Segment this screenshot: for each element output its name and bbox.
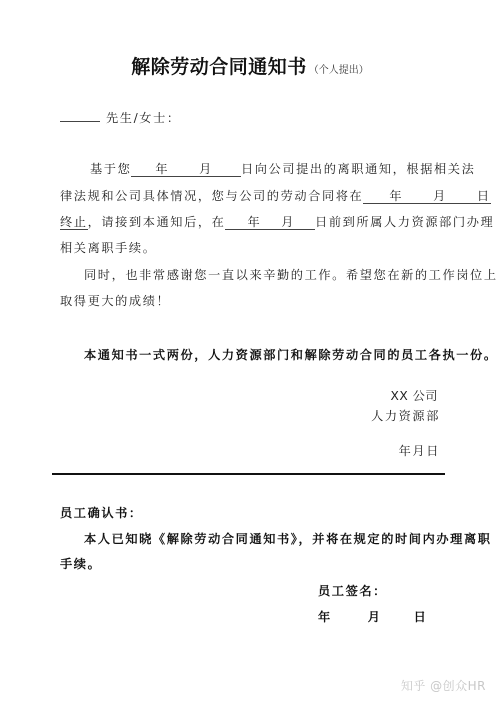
month-label: 月 — [368, 610, 382, 624]
section-divider — [52, 473, 445, 475]
para1-line1-pre: 基于您 — [90, 162, 131, 176]
notice-date: 年月日 — [399, 443, 440, 459]
department-name: 人力资源部 — [371, 408, 440, 424]
para1-line1: 基于您年月日向公司提出的离职通知，根据相关法 — [90, 161, 475, 177]
termination-word: 终止 — [60, 215, 88, 230]
document-title: 解除劳动合同通知书（个人提出） — [0, 52, 500, 79]
title-main: 解除劳动合同通知书 — [131, 56, 307, 78]
para1-line3-mid: ，请接到本通知后，在 — [88, 215, 226, 229]
month-label: 月 — [199, 162, 213, 176]
para1-line2: 律法规和公司具体情况，您与公司的劳动合同将在年月日 — [60, 188, 491, 204]
para1-line4: 相关离职手续。 — [60, 240, 157, 256]
para1-line3-post: 前到所属人力资源部门办理 — [329, 215, 494, 229]
day-label: 日 — [477, 189, 491, 203]
confirmation-line1: 本人已知晓《解除劳动合同通知书》，并将在规定的时间内办理离职 — [84, 531, 492, 547]
year-label: 年 — [247, 215, 261, 229]
para1-line1-post: 向公司提出的离职通知，根据相关法 — [255, 162, 476, 176]
company-name: XX 公司 — [391, 388, 438, 404]
para2-line1: 同时，也非常感谢您一直以来辛勤的工作。希望您在新的工作岗位上 — [84, 267, 498, 283]
month-label: 月 — [281, 215, 295, 229]
day-label: 日 — [241, 162, 255, 176]
confirmation-heading: 员工确认书： — [60, 505, 143, 521]
copies-note: 本通知书一式两份，人力资源部门和解除劳动合同的员工各执一份。 — [84, 347, 498, 363]
title-suffix: （个人提出） — [309, 65, 369, 76]
resignation-date-blank[interactable]: 年月 — [131, 162, 241, 177]
year-label: 年 — [318, 610, 332, 624]
salutation-text: 先生/女士： — [106, 111, 181, 125]
termination-date-blank[interactable]: 年月日 — [363, 189, 490, 204]
handover-date-blank[interactable]: 年月 — [225, 215, 315, 230]
salutation-line: 先生/女士： — [60, 108, 181, 126]
year-label: 年 — [389, 189, 403, 203]
day-label: 日 — [315, 215, 329, 229]
confirmation-line2: 手续。 — [60, 556, 101, 572]
para2-line2: 取得更大的成绩！ — [60, 293, 170, 309]
day-label: 日 — [414, 610, 428, 624]
para1-line3: 终止，请接到本通知后，在年月日前到所属人力资源部门办理 — [60, 214, 494, 230]
employee-signature-date: 年月日 — [318, 609, 427, 625]
para1-line2-pre: 律法规和公司具体情况，您与公司的劳动合同将在 — [60, 189, 363, 203]
watermark: 知乎 @创众HR — [401, 677, 486, 694]
year-label: 年 — [155, 162, 169, 176]
employee-signature-label: 员工签名： — [318, 583, 387, 599]
month-label: 月 — [433, 189, 447, 203]
recipient-name-blank[interactable] — [60, 108, 100, 122]
